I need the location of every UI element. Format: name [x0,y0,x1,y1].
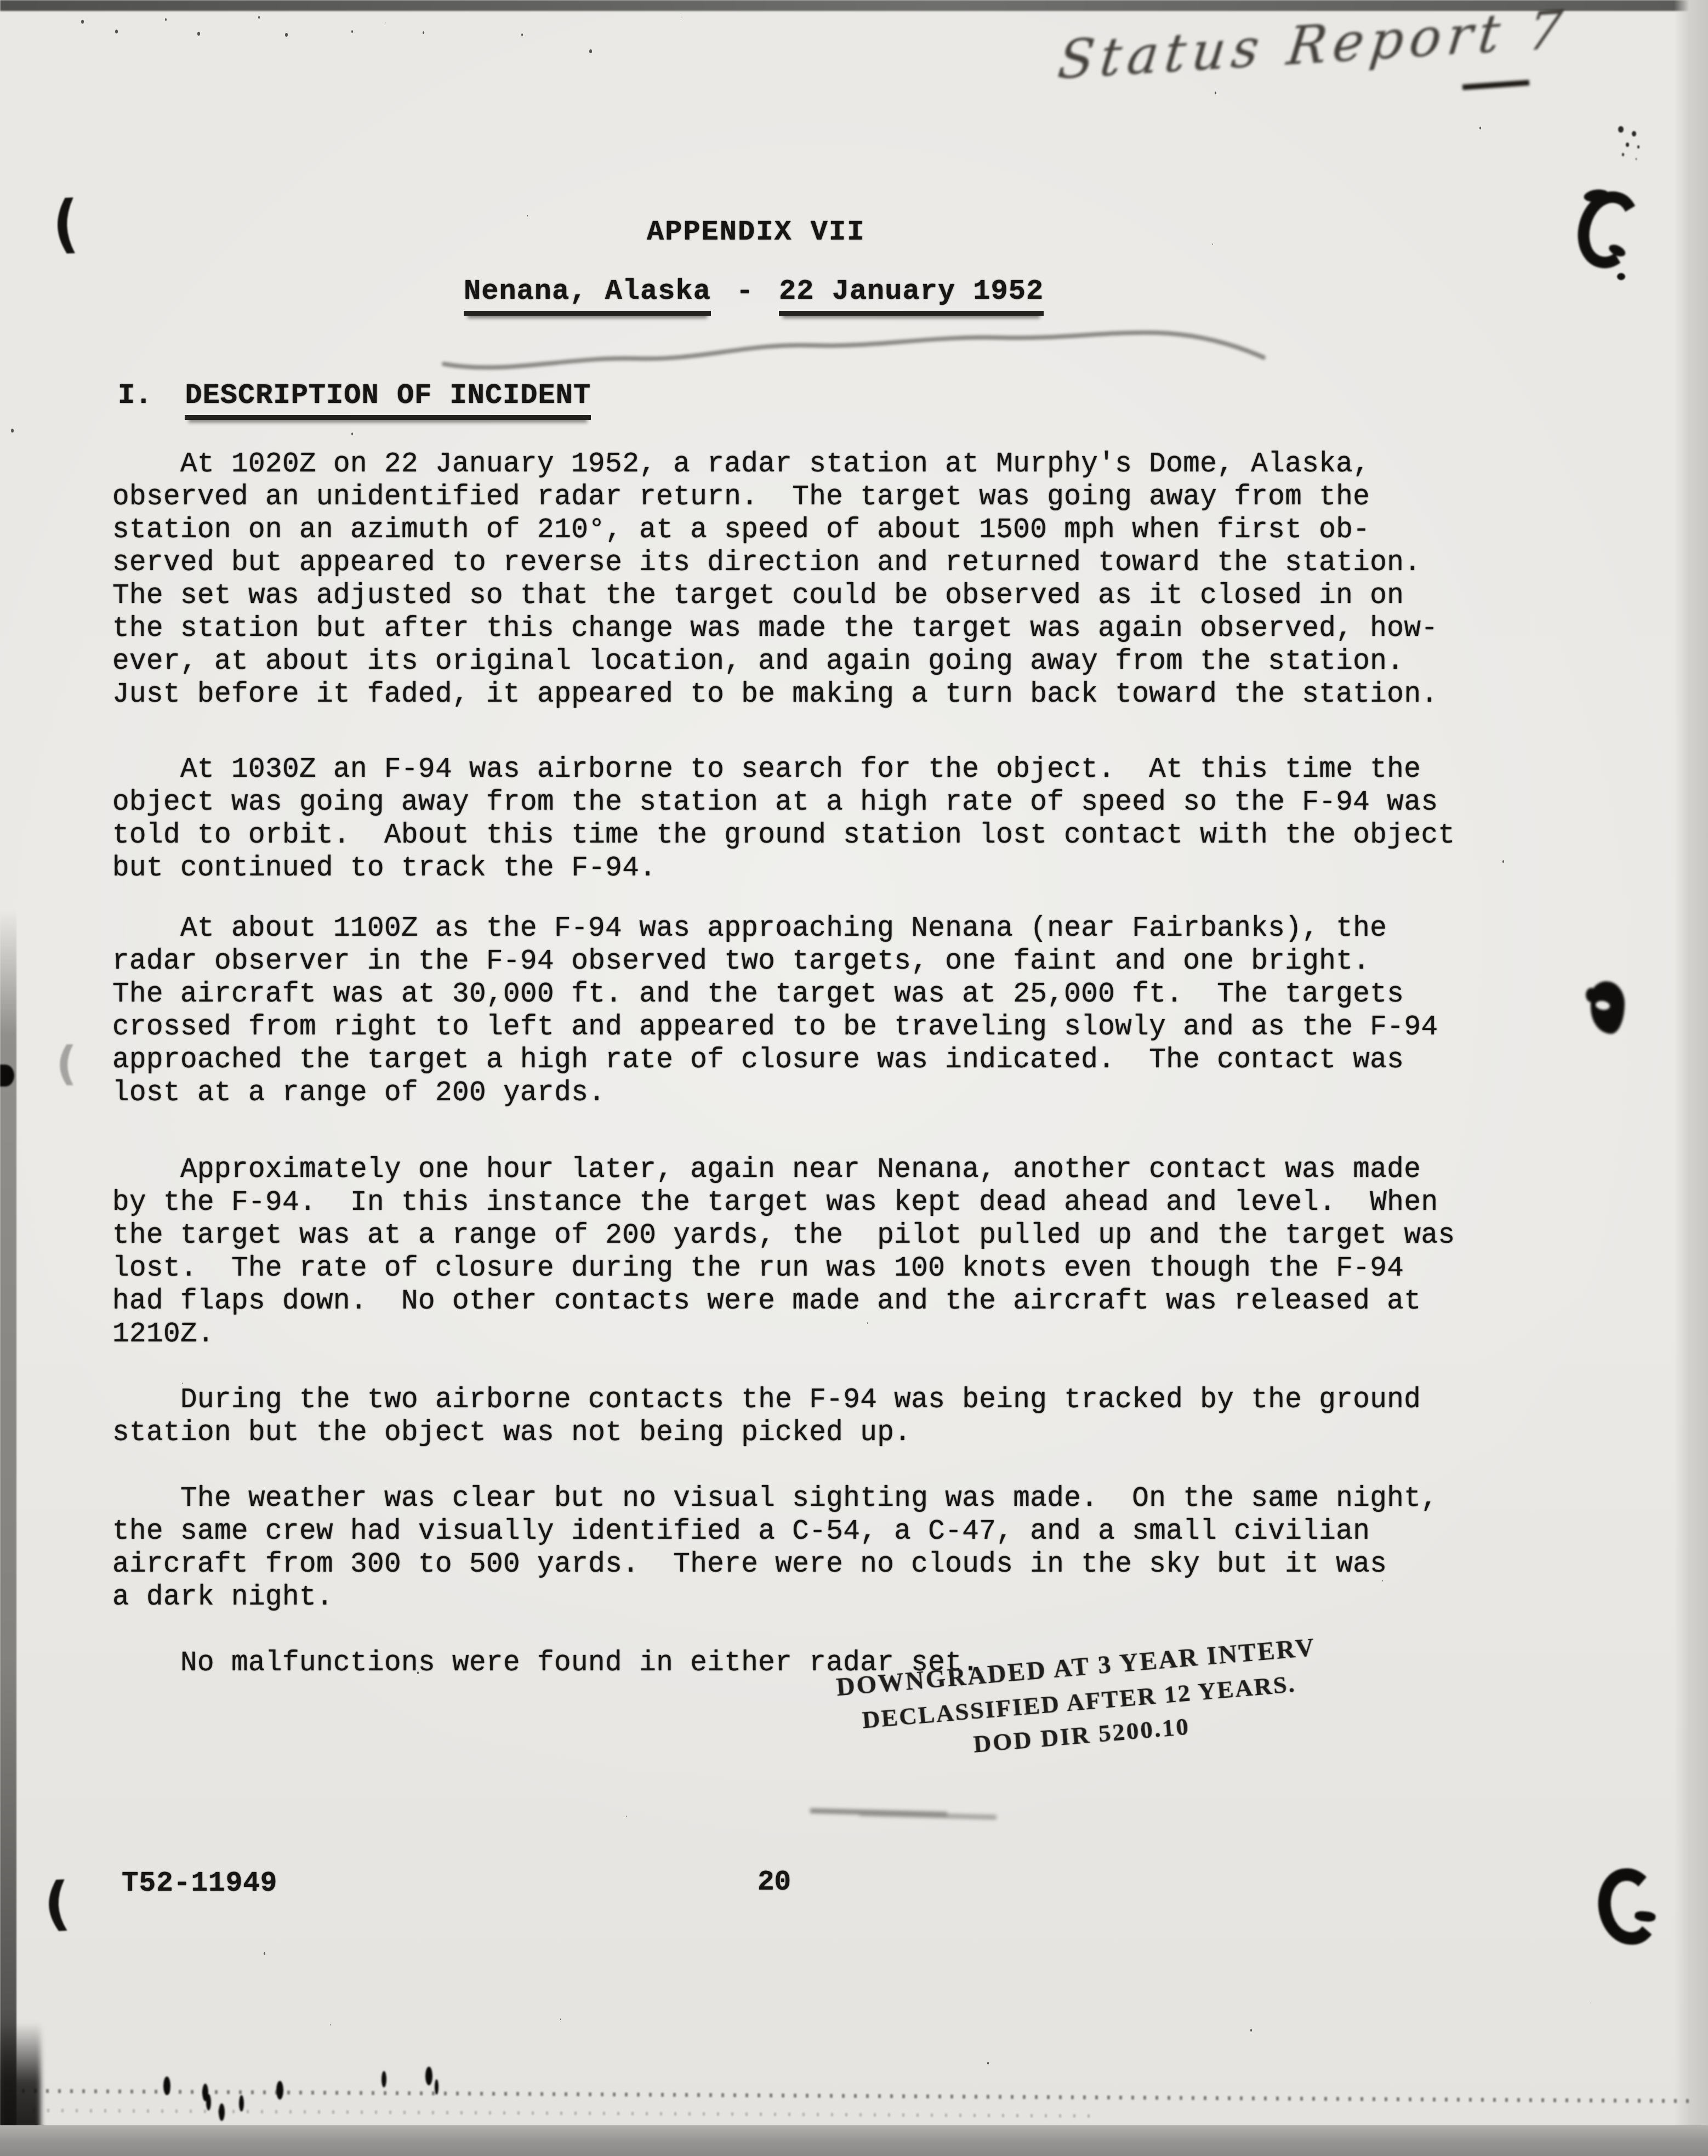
page-number: 20 [758,1867,791,1898]
body-line: the station but after this change was ma… [112,613,1438,646]
body-line: station on an azimuth of 210°, at a spee… [112,514,1438,547]
section-title: DESCRIPTION OF INCIDENT [185,379,591,420]
paragraph-4: Approximately one hour later, again near… [112,1154,1455,1351]
body-line: station but the object was not being pic… [112,1417,1421,1450]
paren-mark-top: ( [52,192,79,255]
paren-mark-bottom: ( [42,1874,72,1933]
subtitle-separator: - [736,275,754,316]
scan-right-edge [1674,0,1708,2156]
body-line: object was going away from the station a… [112,787,1455,820]
page-title: APPENDIX VII [647,216,865,248]
ink-blot-right-middle [1591,981,1625,1034]
body-line: The set was adjusted so that the target … [112,580,1438,613]
body-line: the same crew had visually identified a … [112,1516,1438,1549]
body-line: served but appeared to reverse its direc… [112,547,1438,580]
body-line: The weather was clear but no visual sigh… [112,1483,1438,1516]
section-numeral: I. [118,379,152,420]
ink-blot-right-bottom [1596,1866,1661,1947]
body-line: The aircraft was at 30,000 ft. and the t… [112,979,1438,1011]
body-line: had flaps down. No other contacts were m… [112,1285,1455,1318]
ink-drops [163,2077,170,2095]
handwritten-note: Status Report 7 [1055,0,1571,92]
handwritten-underline [1462,80,1529,90]
body-line: During the two airborne contacts the F-9… [112,1384,1421,1417]
body-line: the target was at a range of 200 yards, … [112,1220,1455,1253]
paragraph-5: During the two airborne contacts the F-9… [112,1384,1421,1450]
body-line: Just before it faded, it appeared to be … [112,679,1438,712]
body-line: told to orbit. About this time the groun… [112,820,1455,852]
paren-mark-middle: ( [56,1040,77,1086]
paragraph-3: At about 1100Z as the F-94 was approachi… [112,913,1438,1110]
subtitle-date: 22 January 1952 [779,275,1044,316]
scan-bottom-edge [0,2125,1708,2156]
body-line: observed an unidentified radar return. T… [112,481,1438,514]
ink-smudge-squiggle [439,325,1272,385]
body-line: a dark night. [112,1582,1438,1614]
body-line: but continued to track the F-94. [112,852,1455,885]
body-line: ever, at about its original location, an… [112,646,1438,679]
smudge-line-bottom [22,2089,1694,2103]
body-line: by the F-94. In this instance the target… [112,1187,1455,1220]
smudge-line-bottom-2 [33,2109,1102,2118]
paper-speckles [81,20,84,24]
body-line: Approximately one hour later, again near… [112,1154,1455,1187]
body-line: crossed from right to left and appeared … [112,1011,1438,1044]
body-line: lost. The rate of closure during the run… [112,1253,1455,1285]
paragraph-2: At 1030Z an F-94 was airborne to search … [112,754,1455,885]
subtitle-location: Nenana, Alaska [464,275,711,316]
section-heading: I. DESCRIPTION OF INCIDENT [118,379,591,420]
ink-blot-right-top [1570,185,1646,275]
subtitle: Nenana, Alaska - 22 January 1952 [464,275,1044,316]
body-line: radar observer in the F-94 observed two … [112,946,1438,979]
body-line: aircraft from 300 to 500 yards. There we… [112,1549,1438,1582]
body-line: approached the target a high rate of clo… [112,1044,1438,1077]
scan-left-edge [0,910,16,2156]
paragraph-6: The weather was clear but no visual sigh… [112,1483,1438,1614]
ink-dot-right [1617,273,1625,280]
body-line: 1210Z. [112,1318,1455,1351]
body-line: At about 1100Z as the F-94 was approachi… [112,913,1438,946]
ink-speck-cluster [1618,126,1624,133]
paragraph-1: At 1020Z on 22 January 1952, a radar sta… [112,448,1438,712]
body-line: At 1030Z an F-94 was airborne to search … [112,754,1455,787]
ink-smudge-below-stamp [810,1808,947,1817]
body-line: lost at a range of 200 yards. [112,1077,1438,1110]
document-number: T52-11949 [122,1868,277,1899]
body-line: At 1020Z on 22 January 1952, a radar sta… [112,448,1438,481]
scanned-document-page: { "document": { "handwritten_note": "Sta… [0,0,1708,2156]
